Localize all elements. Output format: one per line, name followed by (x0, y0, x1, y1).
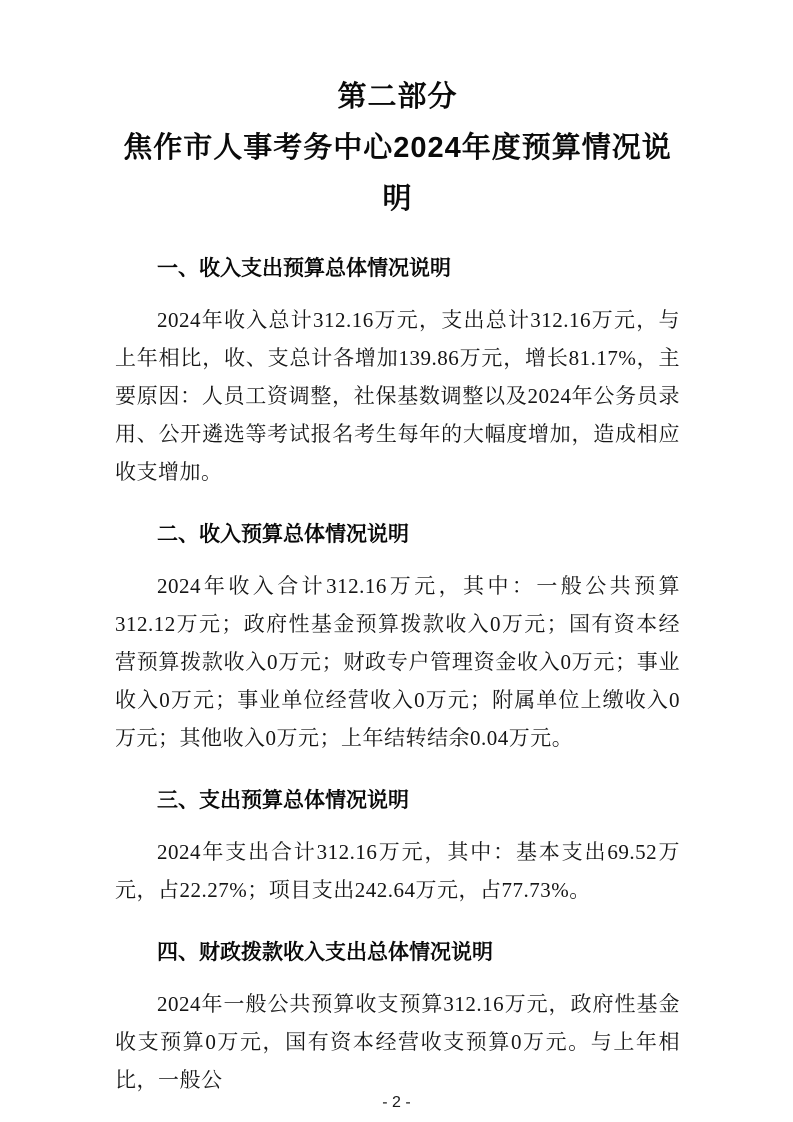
section-heading-3: 三、支出预算总体情况说明 (115, 782, 680, 820)
section-heading-1: 一、收入支出预算总体情况说明 (115, 250, 680, 288)
section-heading-4: 四、财政拨款收入支出总体情况说明 (115, 934, 680, 972)
document-page: 第二部分 焦作市人事考务中心2024年度预算情况说明 一、收入支出预算总体情况说… (0, 0, 793, 1122)
document-part-title: 第二部分 (115, 72, 680, 123)
section-fiscal-appropriation-overview: 四、财政拨款收入支出总体情况说明 2024年一般公共预算收支预算312.16万元… (115, 934, 680, 1099)
section-income-expense-overview: 一、收入支出预算总体情况说明 2024年收入总计312.16万元，支出总计312… (115, 250, 680, 491)
page-number: - 2 - (0, 1094, 793, 1112)
section-expense-budget-overview: 三、支出预算总体情况说明 2024年支出合计312.16万元，其中：基本支出69… (115, 782, 680, 909)
document-content: 第二部分 焦作市人事考务中心2024年度预算情况说明 一、收入支出预算总体情况说… (0, 0, 793, 1099)
section-paragraph: 2024年收入合计312.16万元，其中：一般公共预算312.12万元；政府性基… (115, 567, 680, 757)
section-income-budget-overview: 二、收入预算总体情况说明 2024年收入合计312.16万元，其中：一般公共预算… (115, 516, 680, 757)
section-paragraph: 2024年收入总计312.16万元，支出总计312.16万元，与上年相比，收、支… (115, 301, 680, 491)
section-heading-2: 二、收入预算总体情况说明 (115, 516, 680, 554)
section-paragraph: 2024年支出合计312.16万元，其中：基本支出69.52万元，占22.27%… (115, 833, 680, 909)
section-paragraph: 2024年一般公共预算收支预算312.16万元，政府性基金收支预算0万元，国有资… (115, 985, 680, 1099)
document-subtitle: 焦作市人事考务中心2024年度预算情况说明 (115, 123, 680, 225)
